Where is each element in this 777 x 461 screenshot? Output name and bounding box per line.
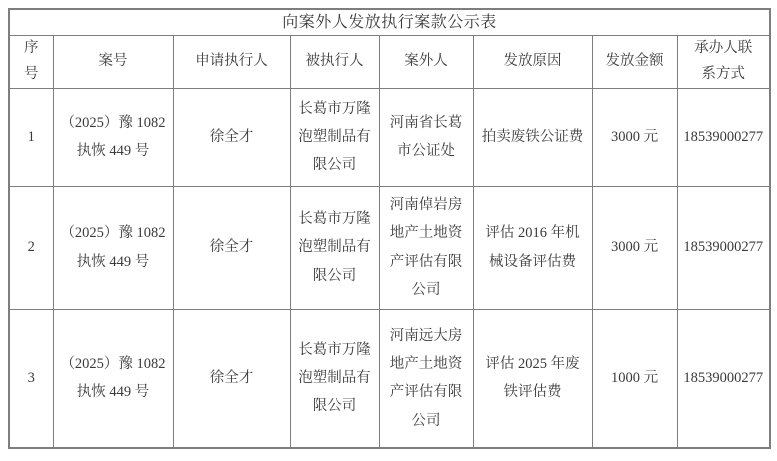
- table-row-2: 2 （2025）豫 1082 执恢 449 号 徐全才 长葛市万隆 泡塑制品有 …: [9, 186, 770, 309]
- cell-case-number: （2025）豫 1082 执恢 449 号: [53, 309, 173, 448]
- cell-seq: 2: [9, 186, 53, 309]
- header-row: 序 号 案号 申请执行人 被执行人 案外人 发放原因 发放金额 承办人联 系方式: [9, 35, 770, 88]
- cell-contact: 18539000277: [677, 88, 770, 186]
- col-header-seq: 序 号: [9, 35, 53, 88]
- cell-seq: 1: [9, 88, 53, 186]
- cell-seq: 3: [9, 309, 53, 448]
- col-header-amount: 发放金额: [592, 35, 677, 88]
- cell-executee: 长葛市万隆 泡塑制品有 限公司: [290, 309, 379, 448]
- cell-outsider: 河南倬岩房 地产土地资 产评估有限 公司: [379, 186, 473, 309]
- cell-reason: 评估 2016 年机 械设备评估费: [473, 186, 592, 309]
- cell-contact: 18539000277: [677, 186, 770, 309]
- cell-applicant: 徐全才: [173, 309, 290, 448]
- cell-outsider: 河南省长葛 市公证处: [379, 88, 473, 186]
- table-row-1: 1 （2025）豫 1082 执恢 449 号 徐全才 长葛市万隆 泡塑制品有 …: [9, 88, 770, 186]
- cell-applicant: 徐全才: [173, 186, 290, 309]
- cell-reason: 评估 2025 年废 铁评估费: [473, 309, 592, 448]
- cell-applicant: 徐全才: [173, 88, 290, 186]
- cell-case-number: （2025）豫 1082 执恢 449 号: [53, 88, 173, 186]
- col-header-executee: 被执行人: [290, 35, 379, 88]
- cell-contact: 18539000277: [677, 309, 770, 448]
- cell-reason: 拍卖废铁公证费: [473, 88, 592, 186]
- col-header-applicant: 申请执行人: [173, 35, 290, 88]
- col-header-reason: 发放原因: [473, 35, 592, 88]
- cell-outsider: 河南远大房 地产土地资 产评估有限 公司: [379, 309, 473, 448]
- cell-amount: 3000 元: [592, 186, 677, 309]
- col-header-case-number: 案号: [53, 35, 173, 88]
- col-header-contact: 承办人联 系方式: [677, 35, 770, 88]
- cell-executee: 长葛市万隆 泡塑制品有 限公司: [290, 186, 379, 309]
- title-row: 向案外人发放执行案款公示表: [9, 9, 770, 35]
- col-header-outsider: 案外人: [379, 35, 473, 88]
- cell-executee: 长葛市万隆 泡塑制品有 限公司: [290, 88, 379, 186]
- cell-amount: 1000 元: [592, 309, 677, 448]
- cell-case-number: （2025）豫 1082 执恢 449 号: [53, 186, 173, 309]
- page-title: 向案外人发放执行案款公示表: [9, 9, 770, 35]
- cell-amount: 3000 元: [592, 88, 677, 186]
- notice-page: 向案外人发放执行案款公示表 序 号 案号 申请执行人 被执行人 案外人 发放原因…: [0, 0, 777, 461]
- notice-table: 向案外人发放执行案款公示表 序 号 案号 申请执行人 被执行人 案外人 发放原因…: [8, 8, 771, 449]
- table-row-3: 3 （2025）豫 1082 执恢 449 号 徐全才 长葛市万隆 泡塑制品有 …: [9, 309, 770, 448]
